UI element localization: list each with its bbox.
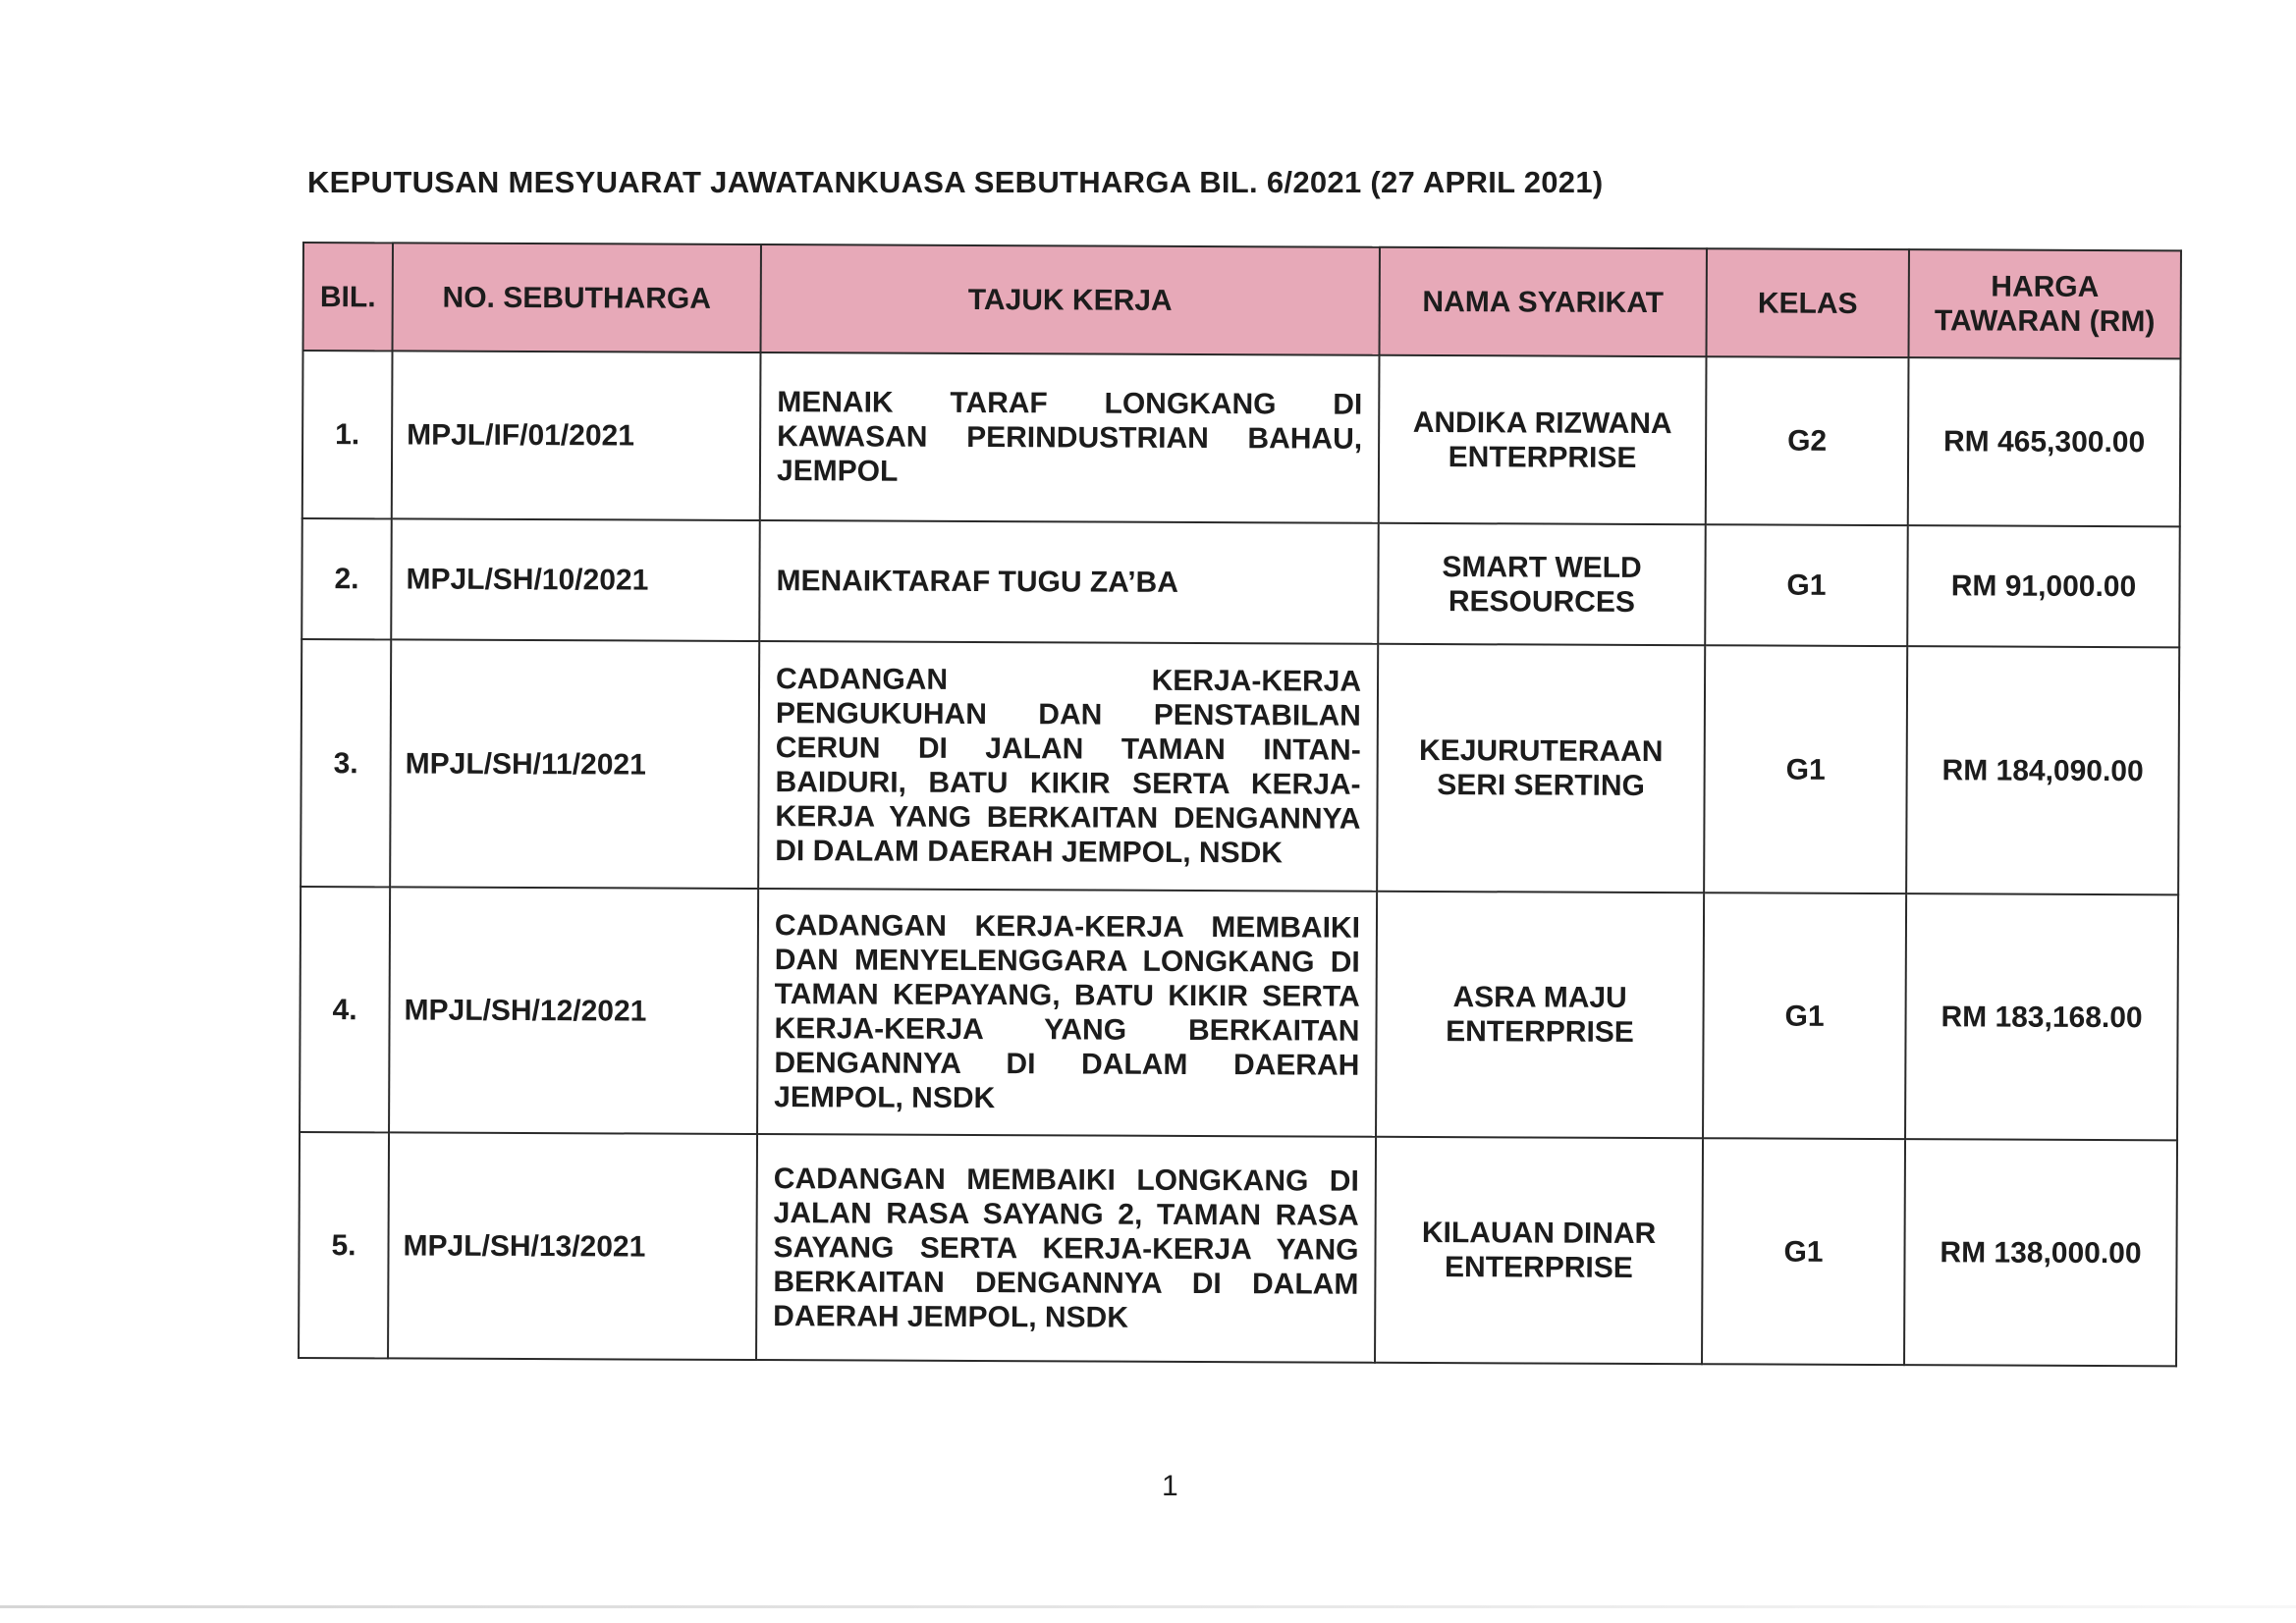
- cell-no-sebutharga: MPJL/SH/10/2021: [391, 518, 760, 641]
- scan-edge-divider: [0, 1605, 2296, 1608]
- table-row: 5. MPJL/SH/13/2021 CADANGAN MEMBAIKI LON…: [299, 1132, 2177, 1366]
- cell-harga: RM 465,300.00: [1908, 357, 2181, 526]
- cell-tajuk-kerja: CADANGAN MEMBAIKI LONGKANG DI JALAN RASA…: [756, 1134, 1376, 1363]
- cell-bil: 4.: [300, 887, 390, 1132]
- cell-no-sebutharga: MPJL/SH/12/2021: [389, 887, 758, 1134]
- cell-bil: 3.: [301, 639, 391, 887]
- table-row: 4. MPJL/SH/12/2021 CADANGAN KERJA-KERJA …: [300, 887, 2178, 1140]
- cell-harga: RM 138,000.00: [1904, 1139, 2177, 1366]
- cell-tajuk-kerja: CADANGAN KERJA-KERJA MEMBAIKI DAN MENYEL…: [757, 889, 1377, 1137]
- table-row: 1. MPJL/IF/01/2021 MENAIK TARAF LONGKANG…: [302, 351, 2181, 526]
- cell-harga: RM 184,090.00: [1906, 646, 2179, 894]
- cell-kelas: G1: [1703, 893, 1906, 1139]
- cell-kelas: G1: [1705, 524, 1908, 646]
- cell-bil: 5.: [299, 1132, 389, 1358]
- cell-harga: RM 183,168.00: [1905, 893, 2178, 1140]
- table-row: 3. MPJL/SH/11/2021 CADANGAN KERJA-KERJA …: [301, 639, 2179, 894]
- cell-harga: RM 91,000.00: [1907, 525, 2180, 647]
- cell-tajuk-kerja: CADANGAN KERJA-KERJA PENGUKUHAN DAN PENS…: [758, 641, 1378, 892]
- cell-nama-syarikat: KEJURUTERAAN SERI SERTING: [1377, 644, 1705, 893]
- page-number: 1: [1162, 1470, 1178, 1503]
- table-row: 2. MPJL/SH/10/2021 MENAIKTARAF TUGU ZA’B…: [301, 518, 2180, 647]
- cell-nama-syarikat: ASRA MAJU ENTERPRISE: [1376, 892, 1704, 1138]
- cell-no-sebutharga: MPJL/SH/11/2021: [390, 639, 759, 889]
- cell-no-sebutharga: MPJL/IF/01/2021: [392, 351, 761, 520]
- header-tajuk-kerja: TAJUK KERJA: [761, 244, 1380, 355]
- table-header-row: BIL. NO. SEBUTHARGA TAJUK KERJA NAMA SYA…: [303, 243, 2181, 358]
- header-harga-tawaran: HARGA TAWARAN (RM): [1909, 249, 2181, 358]
- header-nama-syarikat: NAMA SYARIKAT: [1380, 247, 1707, 356]
- results-table: BIL. NO. SEBUTHARGA TAJUK KERJA NAMA SYA…: [298, 242, 2182, 1367]
- cell-bil: 1.: [302, 351, 393, 518]
- cell-tajuk-kerja: MENAIKTARAF TUGU ZA’BA: [759, 520, 1379, 644]
- cell-bil: 2.: [301, 518, 392, 639]
- header-bil: BIL.: [303, 243, 393, 351]
- header-no-sebutharga: NO. SEBUTHARGA: [393, 243, 761, 352]
- cell-kelas: G2: [1706, 356, 1909, 525]
- cell-no-sebutharga: MPJL/SH/13/2021: [388, 1132, 757, 1360]
- cell-nama-syarikat: KILAUAN DINAR ENTERPRISE: [1375, 1137, 1703, 1364]
- cell-kelas: G1: [1704, 645, 1907, 893]
- cell-nama-syarikat: ANDIKA RIZWANA ENTERPRISE: [1379, 355, 1707, 524]
- document-title: KEPUTUSAN MESYUARAT JAWATANKUASA SEBUTHA…: [307, 165, 1604, 200]
- header-kelas: KELAS: [1707, 248, 1909, 357]
- cell-kelas: G1: [1702, 1138, 1905, 1365]
- cell-nama-syarikat: SMART WELD RESOURCES: [1378, 523, 1706, 645]
- cell-tajuk-kerja: MENAIK TARAF LONGKANG DI KAWASAN PERINDU…: [760, 352, 1380, 523]
